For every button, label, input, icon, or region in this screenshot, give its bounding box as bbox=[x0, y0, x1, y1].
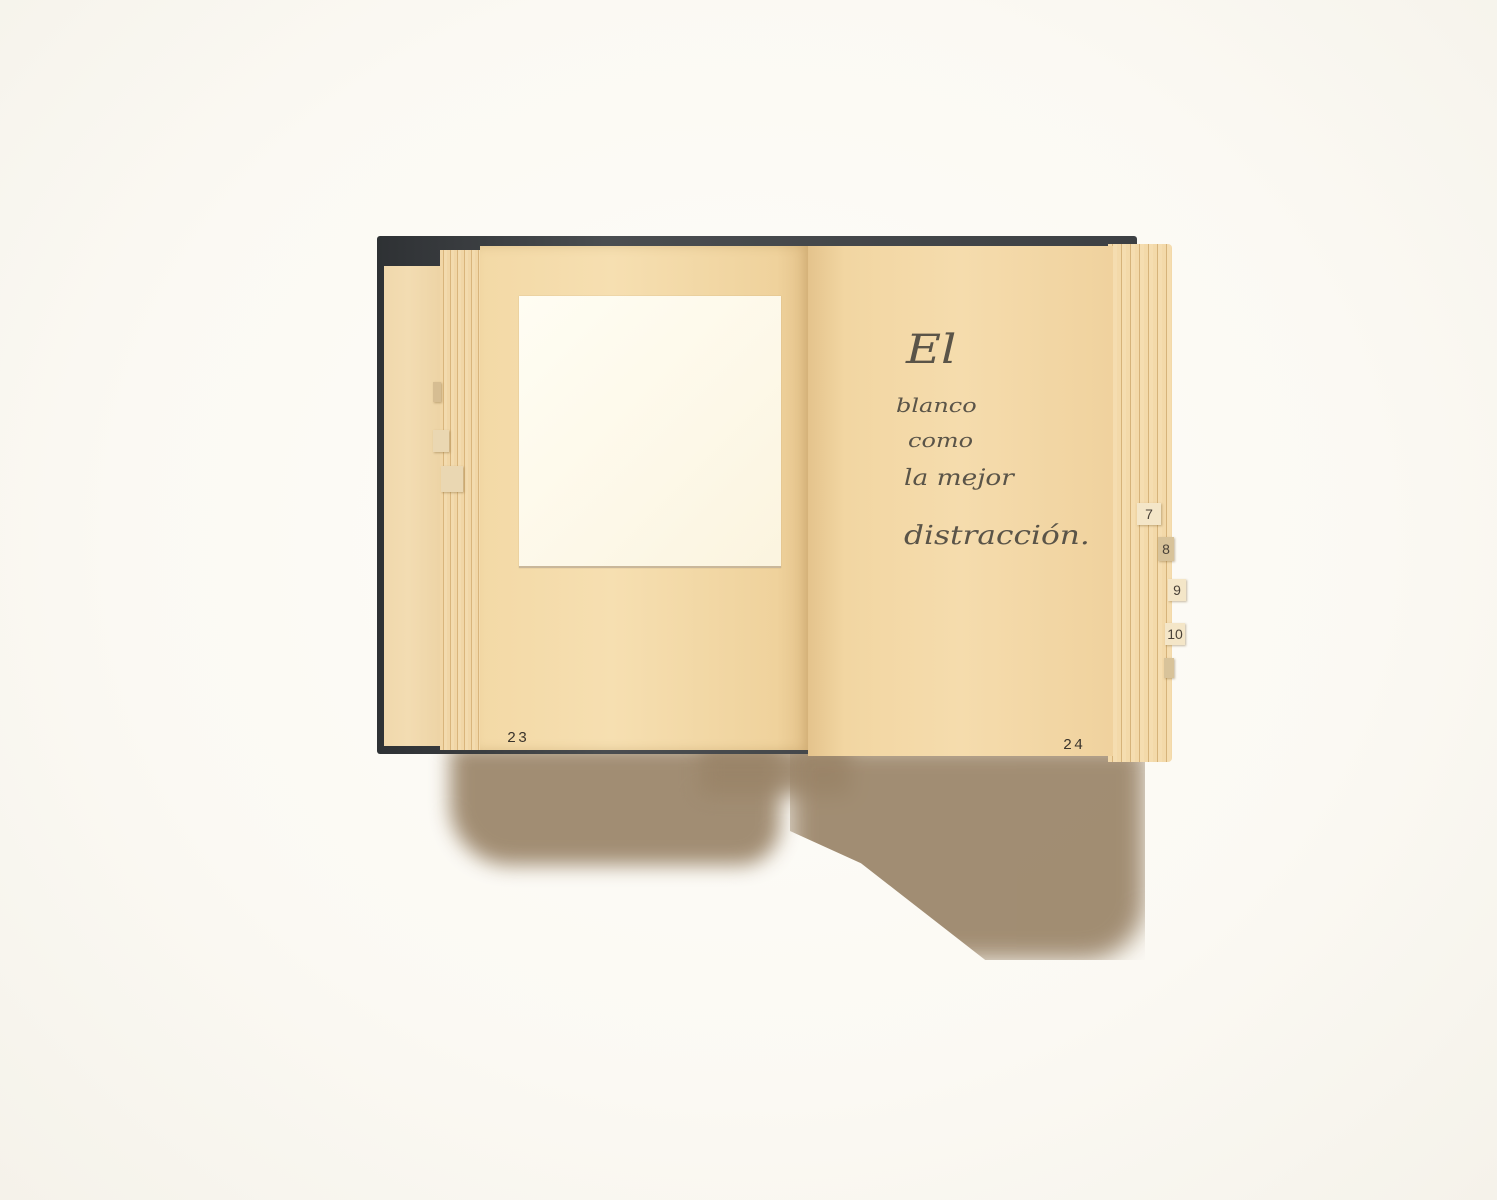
page-number-left: 23 bbox=[507, 730, 529, 747]
left-page-edges bbox=[440, 250, 484, 750]
index-tab: 7 bbox=[1137, 503, 1161, 525]
index-tab: 9 bbox=[1168, 579, 1186, 601]
left-index-tab bbox=[441, 466, 463, 492]
blank-photo bbox=[519, 296, 781, 568]
page-number-right: 24 bbox=[1063, 737, 1085, 754]
handwriting-line: la mejor bbox=[904, 468, 1014, 490]
handwriting-line: El bbox=[906, 330, 956, 370]
left-index-tab bbox=[433, 430, 449, 452]
handwriting-line: blanco bbox=[896, 395, 977, 415]
handwriting-line: como bbox=[908, 430, 973, 450]
left-flyleaf bbox=[384, 266, 445, 746]
index-tab bbox=[1164, 658, 1174, 678]
left-index-tab bbox=[433, 382, 441, 402]
handwriting-line: distracción. bbox=[904, 523, 1090, 549]
book-photo-scene: El blanco como la mejor distracción. 23 … bbox=[0, 0, 1497, 1200]
book-shadow-right bbox=[790, 745, 1145, 960]
index-tab: 8 bbox=[1158, 537, 1174, 561]
index-tab: 10 bbox=[1165, 623, 1185, 645]
right-page bbox=[808, 246, 1113, 756]
